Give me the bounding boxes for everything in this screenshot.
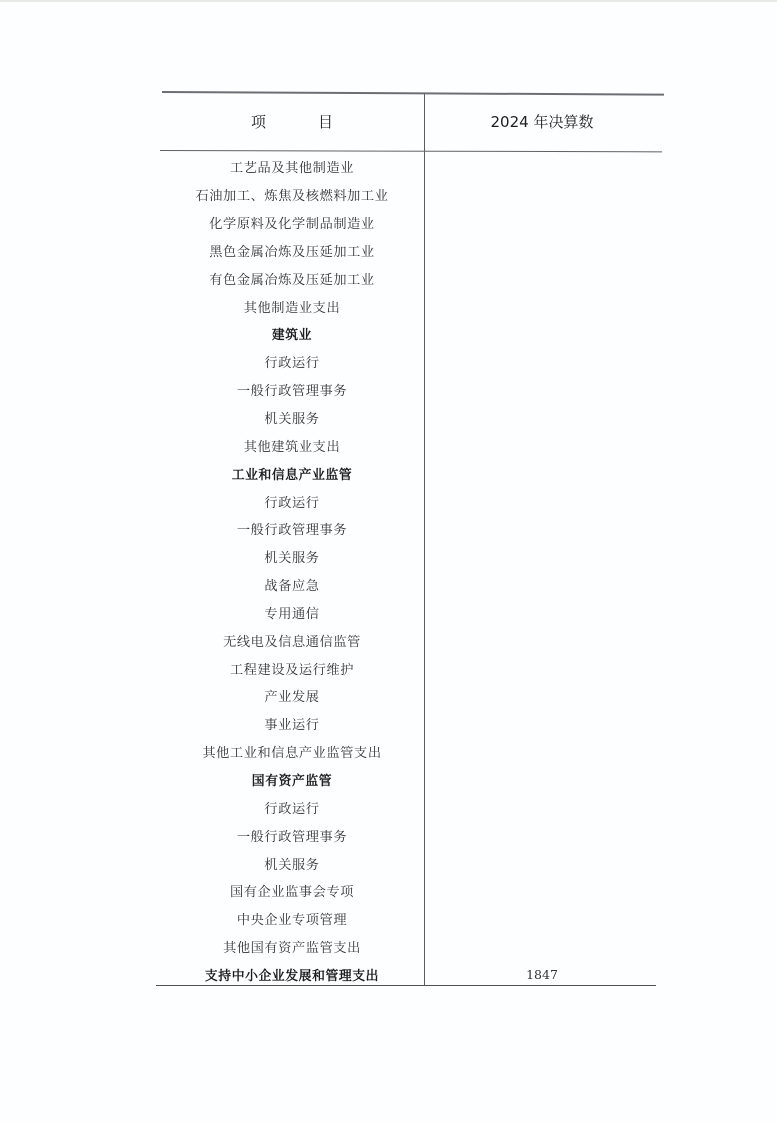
table-row: 事业运行 [160,710,660,738]
table-row: 黑色金属冶炼及压延加工业 [160,237,660,265]
table-row: 一般行政管理事务 [160,821,660,849]
row-label: 一般行政管理事务 [160,826,424,845]
row-label: 无线电及信息通信监管 [160,631,424,650]
table-row-category: 工业和信息产业监管 [160,459,660,487]
table-row: 化学原料及化学制品制造业 [160,209,660,237]
table-row: 行政运行 [160,793,660,821]
table-row: 工程建设及运行维护 [160,654,660,682]
table-row: 行政运行 [160,487,660,515]
table-row: 一般行政管理事务 [160,515,660,543]
table-row: 国有企业监事会专项 [160,877,660,905]
row-label: 工艺品及其他制造业 [160,157,424,176]
header-value: 2024 年决算数 [424,93,660,150]
row-label: 行政运行 [160,352,424,371]
row-label: 工业和信息产业监管 [160,464,424,483]
table-row: 行政运行 [160,348,660,376]
table-row: 有色金属冶炼及压延加工业 [160,264,660,292]
table-row: 一般行政管理事务 [160,376,660,404]
page-top-edge [0,0,777,2]
row-label: 国有资产监管 [160,770,424,789]
row-label: 石油加工、炼焦及核燃料加工业 [160,185,424,204]
row-label: 建筑业 [160,324,424,343]
row-label: 行政运行 [160,492,424,511]
table-row: 其他国有资产监管支出 [160,933,660,961]
table-row: 石油加工、炼焦及核燃料加工业 [160,181,660,209]
row-label: 化学原料及化学制品制造业 [160,213,424,232]
table-row: 其他建筑业支出 [160,431,660,459]
row-label: 事业运行 [160,714,424,733]
row-label: 其他建筑业支出 [160,436,424,455]
table-row: 战备应急 [160,571,660,599]
row-label: 一般行政管理事务 [160,519,424,538]
table-row-category: 建筑业 [160,320,660,348]
row-label: 机关服务 [160,547,424,566]
table-header-rule [160,150,662,152]
table-row: 其他工业和信息产业监管支出 [160,738,660,766]
table-row: 机关服务 [160,849,660,877]
row-label: 国有企业监事会专项 [160,881,424,900]
table-row: 机关服务 [160,543,660,571]
table-bottom-rule [156,985,656,986]
table-row: 其他制造业支出 [160,292,660,320]
row-label: 产业发展 [160,686,424,705]
row-label: 一般行政管理事务 [160,380,424,399]
row-label: 工程建设及运行维护 [160,659,424,678]
row-label: 其他制造业支出 [160,297,424,316]
table-row: 中央企业专项管理 [160,905,660,933]
header-item: 项 目 [160,93,424,150]
row-value: 1847 [424,967,660,982]
table-row: 专用通信 [160,599,660,627]
row-label: 其他国有资产监管支出 [160,937,424,956]
row-label: 机关服务 [160,854,424,873]
table-body: 工艺品及其他制造业石油加工、炼焦及核燃料加工业化学原料及化学制品制造业黑色金属冶… [160,153,660,988]
row-label: 机关服务 [160,408,424,427]
row-label: 其他工业和信息产业监管支出 [160,742,424,761]
row-label: 黑色金属冶炼及压延加工业 [160,241,424,260]
header-item-part2: 目 [318,111,333,132]
table-row: 工艺品及其他制造业 [160,153,660,181]
row-label: 支持中小企业发展和管理支出 [160,965,424,984]
table-row-category: 国有资产监管 [160,766,660,794]
table-row: 机关服务 [160,404,660,432]
row-label: 专用通信 [160,603,424,622]
row-label: 中央企业专项管理 [160,909,424,928]
table-header-row: 项 目 2024 年决算数 [160,93,660,150]
table-row: 产业发展 [160,682,660,710]
row-label: 行政运行 [160,798,424,817]
table-row: 无线电及信息通信监管 [160,626,660,654]
row-label: 有色金属冶炼及压延加工业 [160,269,424,288]
row-label: 战备应急 [160,575,424,594]
header-item-part1: 项 [251,111,266,132]
